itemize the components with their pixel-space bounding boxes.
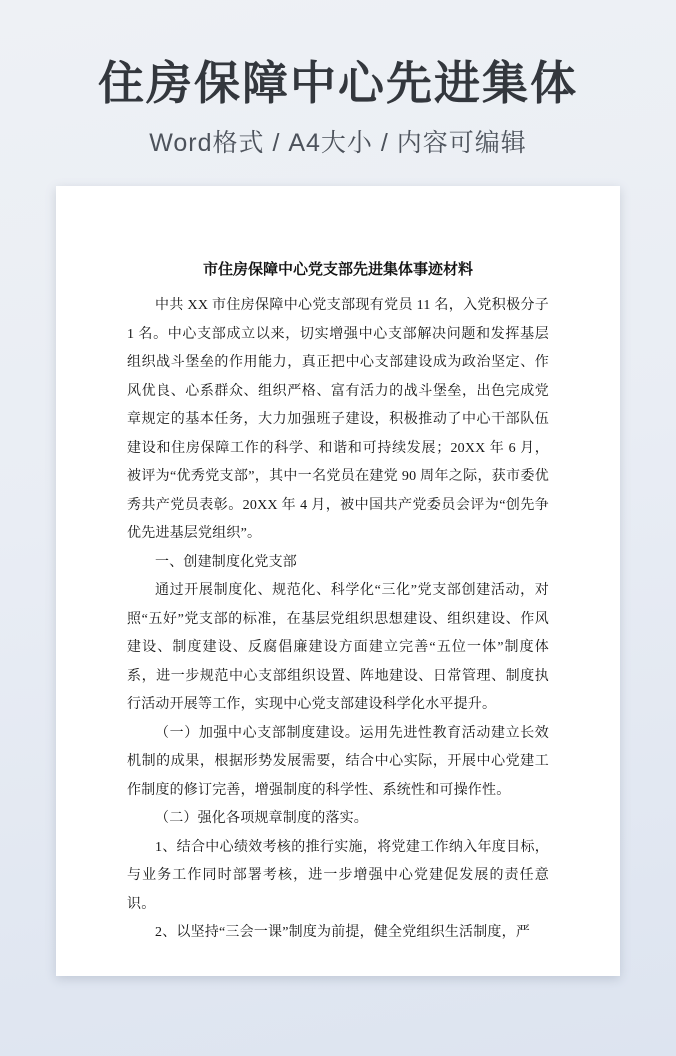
document-section-heading: 一、创建制度化党支部 <box>127 549 549 578</box>
document-paragraph: （二）强化各项规章制度的落实。 <box>127 805 549 834</box>
document-paragraph: （一）加强中心支部制度建设。运用先进性教育活动建立长效机制的成果，根据形势发展需… <box>127 720 549 806</box>
promo-subtitle: Word格式 / A4大小 / 内容可编辑 <box>0 123 676 159</box>
document-paragraph: 1、结合中心绩效考核的推行实施，将党建工作纳入年度目标，与业务工作同时部署考核，… <box>127 834 549 920</box>
document-paragraph: 2、以坚持“三会一课”制度为前提，健全党组织生活制度，严 <box>127 919 549 948</box>
document-paragraph: 通过开展制度化、规范化、科学化“三化”党支部创建活动，对照“五好”党支部的标准，… <box>127 577 549 720</box>
promo-header: 住房保障中心先进集体 Word格式 / A4大小 / 内容可编辑 <box>0 0 676 159</box>
document-paragraph: 中共 XX 市住房保障中心党支部现有党员 11 名，入党积极分子 1 名。中心支… <box>127 292 549 549</box>
document-page: 市住房保障中心党支部先进集体事迹材料 中共 XX 市住房保障中心党支部现有党员 … <box>56 186 620 976</box>
promo-title: 住房保障中心先进集体 <box>0 56 676 111</box>
document-title: 市住房保障中心党支部先进集体事迹材料 <box>127 256 549 285</box>
